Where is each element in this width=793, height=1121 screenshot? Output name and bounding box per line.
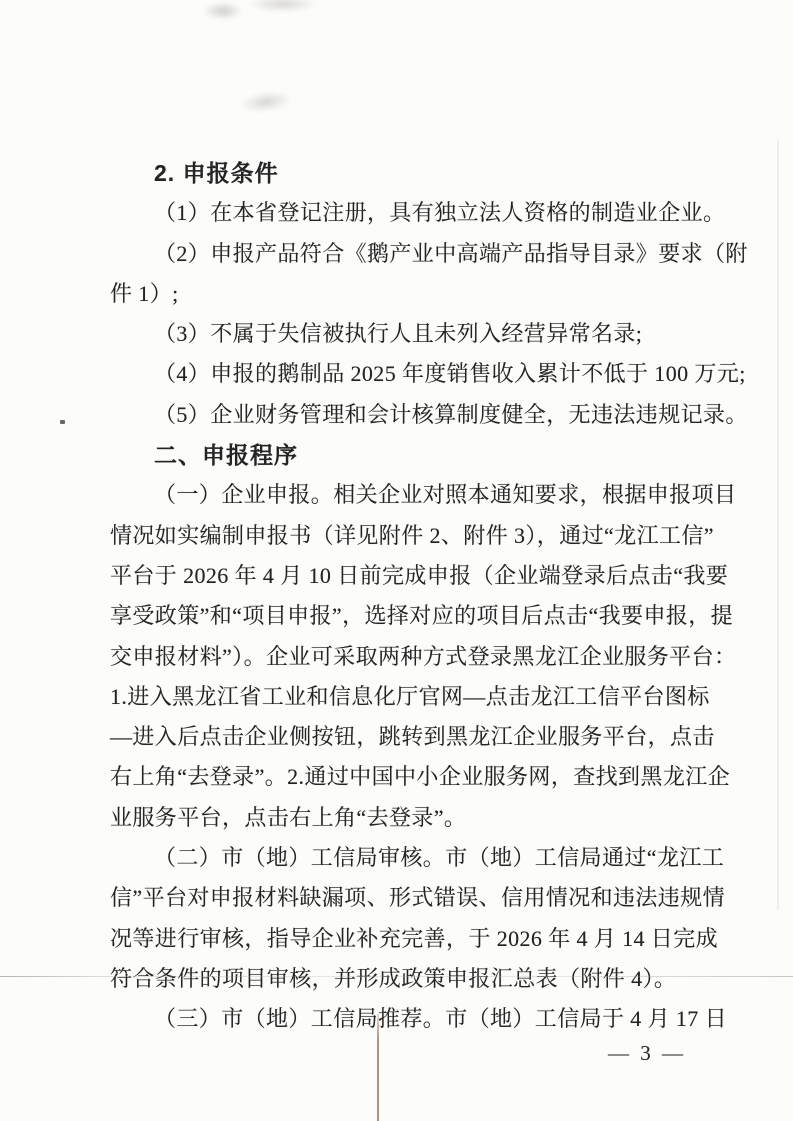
document-line: （1）在本省登记注册，具有独立法人资格的制造业企业。 bbox=[110, 193, 702, 233]
document-line: （4）申报的鹅制品 2025 年度销售收入累计不低于 100 万元; bbox=[110, 354, 702, 394]
document-body: 2. 申报条件 （1）在本省登记注册，具有独立法人资格的制造业企业。 （2）申报… bbox=[110, 153, 702, 1040]
document-line: 平台于 2026 年 4 月 10 日前完成申报（企业端登录后点击“我要 bbox=[110, 556, 702, 596]
document-line: 1.进入黑龙江省工业和信息化厅官网—点击龙江工信平台图标 bbox=[110, 677, 702, 717]
ink-speck bbox=[60, 420, 65, 424]
document-line: 件 1）; bbox=[110, 274, 702, 314]
document-line: 符合条件的项目审核，并形成政策申报汇总表（附件 4）。 bbox=[110, 959, 702, 999]
scan-streak bbox=[777, 140, 779, 910]
document-line: 情况如实编制申报书（详见附件 2、附件 3），通过“龙江工信” bbox=[110, 516, 702, 556]
scanned-document-page: 2. 申报条件 （1）在本省登记注册，具有独立法人资格的制造业企业。 （2）申报… bbox=[0, 0, 793, 1121]
document-line: （三）市（地）工信局推荐。市（地）工信局于 4 月 17 日 bbox=[110, 999, 702, 1039]
document-line: 交申报材料”）。企业可采取两种方式登录黑龙江企业服务平台： bbox=[110, 637, 702, 677]
section-heading-conditions: 2. 申报条件 bbox=[110, 153, 702, 193]
document-line: （5）企业财务管理和会计核算制度健全，无违法违规记录。 bbox=[110, 395, 702, 435]
document-line: 信”平台对申报材料缺漏项、形式错误、信用情况和违法违规情 bbox=[110, 878, 702, 918]
document-line: （2）申报产品符合《鹅产业中高端产品指导目录》要求（附 bbox=[110, 234, 702, 274]
fold-line bbox=[377, 1014, 379, 1121]
document-line: 业服务平台，点击右上角“去登录”。 bbox=[110, 798, 702, 838]
section-heading-procedure: 二、申报程序 bbox=[110, 435, 702, 475]
document-line: —进入后点击企业侧按钮，跳转到黑龙江企业服务平台，点击 bbox=[110, 717, 702, 757]
scan-smudge bbox=[203, 2, 243, 20]
document-line: （一）企业申报。相关企业对照本通知要求，根据申报项目 bbox=[110, 475, 702, 515]
document-line: 享受政策”和“项目申报”，选择对应的项目后点击“我要申报，提 bbox=[110, 596, 702, 636]
scan-smudge bbox=[239, 88, 293, 115]
document-line: 右上角“去登录”。2.通过中国中小企业服务网，查找到黑龙江企 bbox=[110, 757, 702, 797]
scan-crease-line bbox=[0, 976, 793, 977]
document-line: 况等进行审核，指导企业补充完善，于 2026 年 4 月 14 日完成 bbox=[110, 919, 702, 959]
document-line: （二）市（地）工信局审核。市（地）工信局通过“龙江工 bbox=[110, 838, 702, 878]
page-number: — 3 — bbox=[608, 1041, 686, 1066]
scan-smudge bbox=[248, 0, 318, 12]
document-line: （3）不属于失信被执行人且未列入经营异常名录; bbox=[110, 314, 702, 354]
